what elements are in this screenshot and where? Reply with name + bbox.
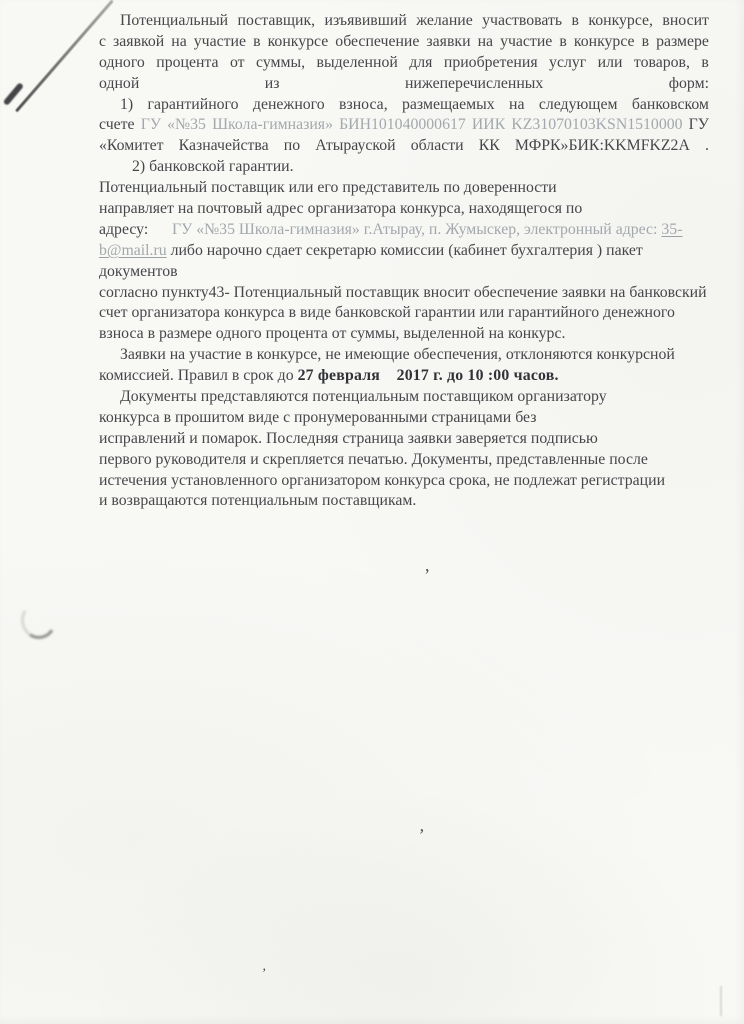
- text-line: b@mail.ru либо нарочно сдает секретарю к…: [99, 241, 709, 262]
- text-run: из: [265, 74, 280, 95]
- text-run: счете: [99, 115, 135, 136]
- text-run: истечения установленного организатором к…: [99, 472, 665, 489]
- text-line: первого руководителя и скрепляется печат…: [99, 450, 709, 471]
- text-run: гарантийного: [148, 95, 239, 116]
- text-run: и возвращаются потенциальным поставщикам…: [99, 492, 416, 509]
- text-run: вносит: [662, 11, 709, 32]
- text-line: счет организатора конкурса в виде банков…: [99, 303, 709, 324]
- text-run: конкурсе,: [588, 11, 653, 32]
- text-run: одного: [99, 53, 145, 74]
- text-run: форм:: [669, 74, 709, 95]
- text-run: конкурсе: [574, 32, 635, 53]
- text-run: Заявки на участие в конкурсе, не имеющие…: [120, 346, 675, 363]
- text-run: от: [230, 53, 245, 74]
- text-line: адресу: ГУ «№35 Школа-гимназия» г.Атырау…: [99, 220, 709, 241]
- text-run: одной: [99, 74, 139, 95]
- text-run: 27 февраля 2017 г. до 10 :00 часов.: [298, 367, 559, 384]
- text-run: b@mail.ru: [99, 242, 167, 259]
- text-line: Потенциальный поставщик или его представ…: [99, 178, 709, 199]
- scanned-page: Потенциальныйпоставщик,изъявившийжелание…: [0, 0, 744, 1024]
- ink-mark: ,: [419, 816, 425, 834]
- text-line: конкурса в прошитом виде с пронумерованн…: [99, 408, 709, 429]
- text-run: «Комитет: [99, 136, 164, 157]
- text-run: участие: [194, 32, 246, 53]
- document-text: Потенциальныйпоставщик,изъявившийжелание…: [99, 11, 709, 512]
- text-run: поставщик,: [238, 11, 316, 32]
- text-run: исправлений и помарок. Последняя страниц…: [99, 430, 598, 447]
- text-run: суммы,: [256, 53, 305, 74]
- punch-hole-shadow: [18, 599, 60, 642]
- text-run: 1): [120, 95, 133, 116]
- text-run: услуг: [549, 53, 586, 74]
- text-run: обеспечение: [335, 32, 419, 53]
- text-run: .: [705, 136, 709, 157]
- text-line: истечения установленного организатором к…: [99, 471, 709, 492]
- text-run: 2) банковской гарантии.: [132, 158, 294, 175]
- text-run: KZ31070103KSN1510000: [511, 115, 682, 136]
- text-run: первого руководителя и скрепляется печат…: [99, 451, 648, 468]
- text-run: счет организатора конкурса в виде банков…: [99, 304, 675, 321]
- text-run: для: [409, 53, 432, 74]
- text-run: приобретения: [444, 53, 538, 74]
- text-run: заявкой: [113, 32, 164, 53]
- text-line: одногопроцентаотсуммы,выделеннойдляприоб…: [99, 53, 709, 74]
- text-run: банковском: [632, 95, 709, 116]
- text-run: либо нарочно сдает секретарю комиссии (к…: [167, 242, 643, 259]
- text-run: процента: [156, 53, 218, 74]
- text-line: и возвращаются потенциальным поставщикам…: [99, 491, 709, 512]
- text-line: 1)гарантийногоденежноговзноса,размещаемы…: [99, 95, 709, 116]
- text-run: товаров,: [634, 53, 690, 74]
- text-line: Документы представляются потенциальным п…: [99, 387, 709, 408]
- text-run: изъявивший: [325, 11, 407, 32]
- text-run: направляет на почтовый адрес организатор…: [99, 200, 582, 217]
- text-run: БИН101040000617: [339, 115, 466, 136]
- text-line: 2) банковской гарантии.: [99, 157, 709, 178]
- text-line: исправлений и помарок. Последняя страниц…: [99, 429, 709, 450]
- text-line: взноса в размере одного процента от сумм…: [99, 324, 709, 345]
- text-run: Потенциальный: [120, 11, 228, 32]
- text-run: ГУ: [141, 115, 161, 136]
- text-run: размещаемых: [402, 95, 495, 116]
- scan-edge-mark: [720, 986, 722, 1016]
- text-run: заявки: [426, 32, 470, 53]
- text-run: денежного: [253, 95, 325, 116]
- text-run: в: [253, 32, 260, 53]
- text-run: желание: [416, 11, 473, 32]
- text-run: нижеперечисленных: [405, 74, 543, 95]
- text-run: конкурса в прошитом виде с пронумерованн…: [99, 409, 536, 426]
- text-run: документов: [99, 263, 178, 280]
- text-run: взноса в размере одного процента от сумм…: [99, 325, 565, 342]
- text-run: области: [411, 136, 464, 157]
- ink-mark: ’: [262, 966, 266, 979]
- text-line: Заявки на участие в конкурсе, не имеющие…: [99, 345, 709, 366]
- text-run: выделенной: [317, 53, 398, 74]
- text-run: размере: [656, 32, 709, 53]
- text-run: согласно пункту43- Потенциальный поставщ…: [99, 284, 707, 301]
- text-run: на: [509, 95, 524, 116]
- text-line: направляет на почтовый адрес организатор…: [99, 199, 709, 220]
- text-line: однойизнижеперечисленныхформ:: [99, 74, 709, 95]
- text-run: участие: [500, 32, 552, 53]
- text-line: комиссией. Правил в срок до 27 февраля 2…: [99, 366, 709, 387]
- text-run: МФРК»БИК:KKMFKZ2A: [515, 136, 690, 157]
- text-run: «№35: [167, 115, 206, 136]
- text-run: Школа-гимназия»: [212, 115, 333, 136]
- text-run: Потенциальный поставщик или его представ…: [99, 179, 557, 196]
- text-run: комиссией. Правил в срок до: [99, 367, 298, 384]
- text-run: ГУ «№35 Школа-гимназия» г.Атырау, п. Жум…: [172, 221, 661, 238]
- text-run: в: [559, 32, 566, 53]
- text-line: счетеГУ«№35Школа-гимназия»БИН10104000061…: [99, 115, 709, 136]
- text-run: Казначейства: [179, 136, 269, 157]
- text-run: в: [572, 11, 579, 32]
- text-line: сзаявкойнаучастиевконкурсеобеспечениезая…: [99, 32, 709, 53]
- text-line: документов: [99, 262, 709, 283]
- text-run: 35-: [661, 221, 682, 238]
- text-run: в: [642, 32, 649, 53]
- text-run: конкурсе: [268, 32, 329, 53]
- text-run: с: [99, 32, 106, 53]
- text-run: Документы представляются потенциальным п…: [120, 388, 607, 405]
- text-run: участвовать: [482, 11, 562, 32]
- text-run: по: [284, 136, 300, 157]
- text-run: взноса,: [339, 95, 388, 116]
- text-run: Атырауской: [315, 136, 395, 157]
- text-run: ИИК: [472, 115, 505, 136]
- text-run: КК: [479, 136, 500, 157]
- text-run: или: [598, 53, 623, 74]
- text-run: в: [701, 53, 708, 74]
- text-run: на: [478, 32, 493, 53]
- text-line: «КомитетКазначействапоАтыраускойобластиК…: [99, 136, 709, 157]
- text-run: следующем: [539, 95, 618, 116]
- text-run: адресу:: [99, 221, 172, 238]
- ink-mark: ,: [425, 556, 430, 574]
- text-run: ГУ: [689, 115, 709, 136]
- text-run: на: [171, 32, 186, 53]
- text-line: Потенциальныйпоставщик,изъявившийжелание…: [99, 11, 709, 32]
- text-line: согласно пункту43- Потенциальный поставщ…: [99, 283, 709, 304]
